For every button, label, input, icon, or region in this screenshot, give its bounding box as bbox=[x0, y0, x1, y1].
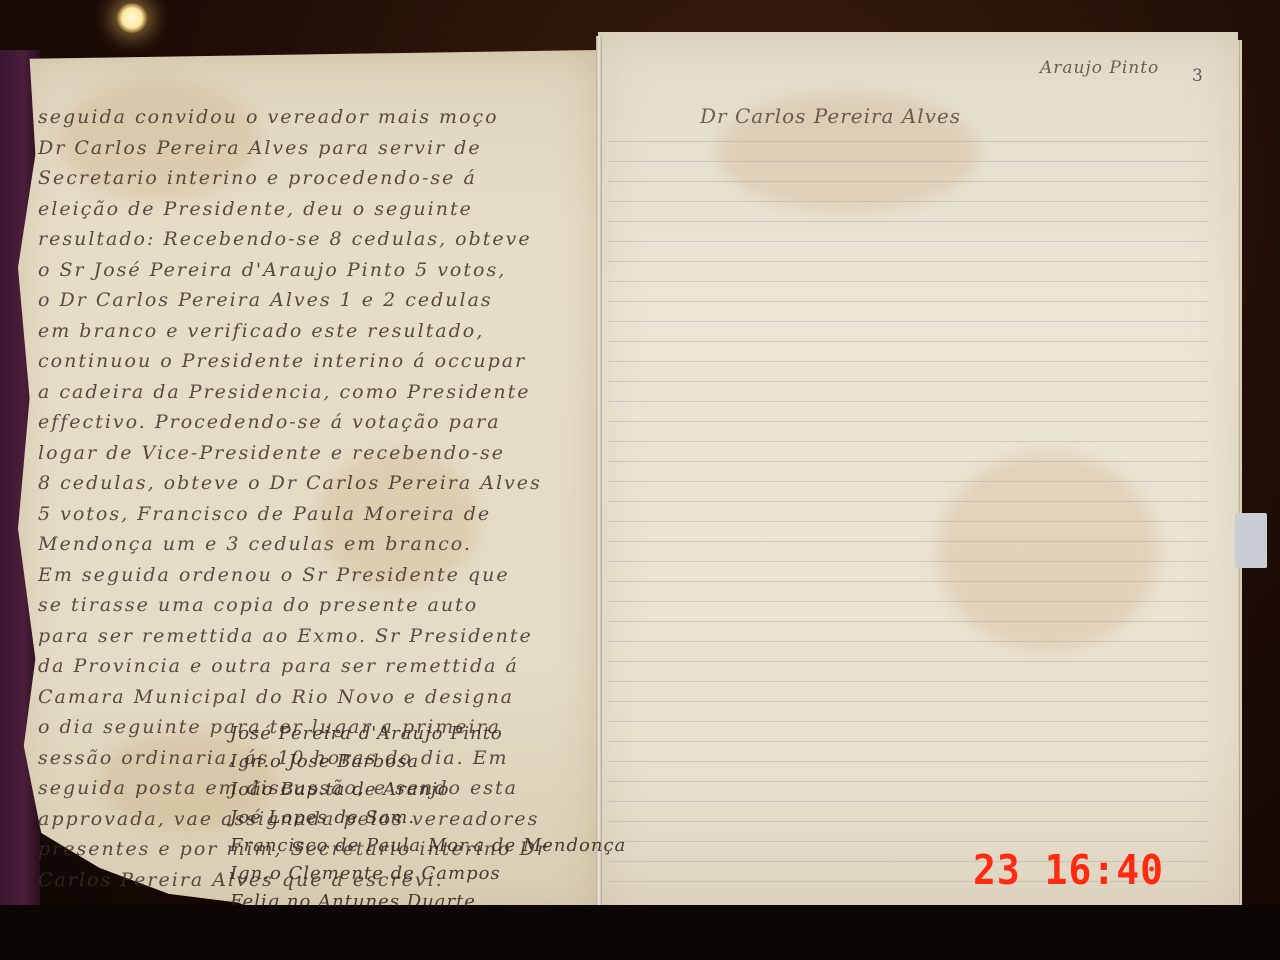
right-page-header-name: Araujo Pinto bbox=[1040, 58, 1159, 78]
handwritten-line: continuou o Presidente interino á occupa… bbox=[38, 346, 578, 377]
signature: João Bap.ta de Aranjo bbox=[230, 776, 590, 804]
handwritten-line: resultado: Recebendo-se 8 cedulas, obtev… bbox=[38, 224, 578, 255]
signature: Francisco de Paula Mor.a de Mendonça bbox=[230, 832, 590, 860]
signature: Ign.o Jose Barbosa bbox=[230, 748, 590, 776]
paper-tab bbox=[1235, 513, 1267, 568]
handwritten-line: Dr Carlos Pereira Alves para servir de bbox=[38, 133, 578, 164]
page-number: 3 bbox=[1192, 66, 1203, 86]
handwritten-line: Em seguida ordenou o Sr Presidente que bbox=[38, 560, 578, 591]
handwritten-line: logar de Vice-Presidente e recebendo-se bbox=[38, 438, 578, 469]
signature-block: José Pereira d'Araujo Pinto Ign.o Jose B… bbox=[230, 720, 590, 916]
handwritten-line: seguida convidou o vereador mais moço bbox=[38, 102, 578, 133]
signature: Joé Lopes de Sam. bbox=[230, 804, 590, 832]
handwritten-line: da Provincia e outra para ser remettida … bbox=[38, 651, 578, 682]
handwritten-line: eleição de Presidente, deu o seguinte bbox=[38, 194, 578, 225]
signature: Ign.o Clemente de Campos bbox=[230, 860, 590, 888]
handwritten-line: Mendonça um e 3 cedulas em branco. bbox=[38, 529, 578, 560]
signature: José Pereira d'Araujo Pinto bbox=[230, 720, 590, 748]
handwritten-line: Secretario interino e procedendo-se á bbox=[38, 163, 578, 194]
handwritten-line: o Sr José Pereira d'Araujo Pinto 5 votos… bbox=[38, 255, 578, 286]
right-page-first-line: Dr Carlos Pereira Alves bbox=[700, 104, 961, 128]
paper-stain bbox=[938, 452, 1158, 652]
handwritten-line: o Dr Carlos Pereira Alves 1 e 2 cedulas bbox=[38, 285, 578, 316]
handwritten-line: 8 cedulas, obteve o Dr Carlos Pereira Al… bbox=[38, 468, 578, 499]
handwritten-line: Camara Municipal do Rio Novo e designa bbox=[38, 682, 578, 713]
table-surface bbox=[0, 905, 1280, 960]
handwritten-line: em branco e verificado este resultado, bbox=[38, 316, 578, 347]
camera-timestamp: 23 16:40 bbox=[973, 846, 1164, 894]
handwritten-line: se tirasse uma copia do presente auto bbox=[38, 590, 578, 621]
book-spine bbox=[596, 36, 602, 920]
lamp-light bbox=[116, 3, 148, 33]
right-page bbox=[598, 32, 1238, 922]
handwritten-line: 5 votos, Francisco de Paula Moreira de bbox=[38, 499, 578, 530]
handwritten-line: effectivo. Procedendo-se á votação para bbox=[38, 407, 578, 438]
handwritten-line: para ser remettida ao Exmo. Sr President… bbox=[38, 621, 578, 652]
handwritten-line: a cadeira da Presidencia, como President… bbox=[38, 377, 578, 408]
